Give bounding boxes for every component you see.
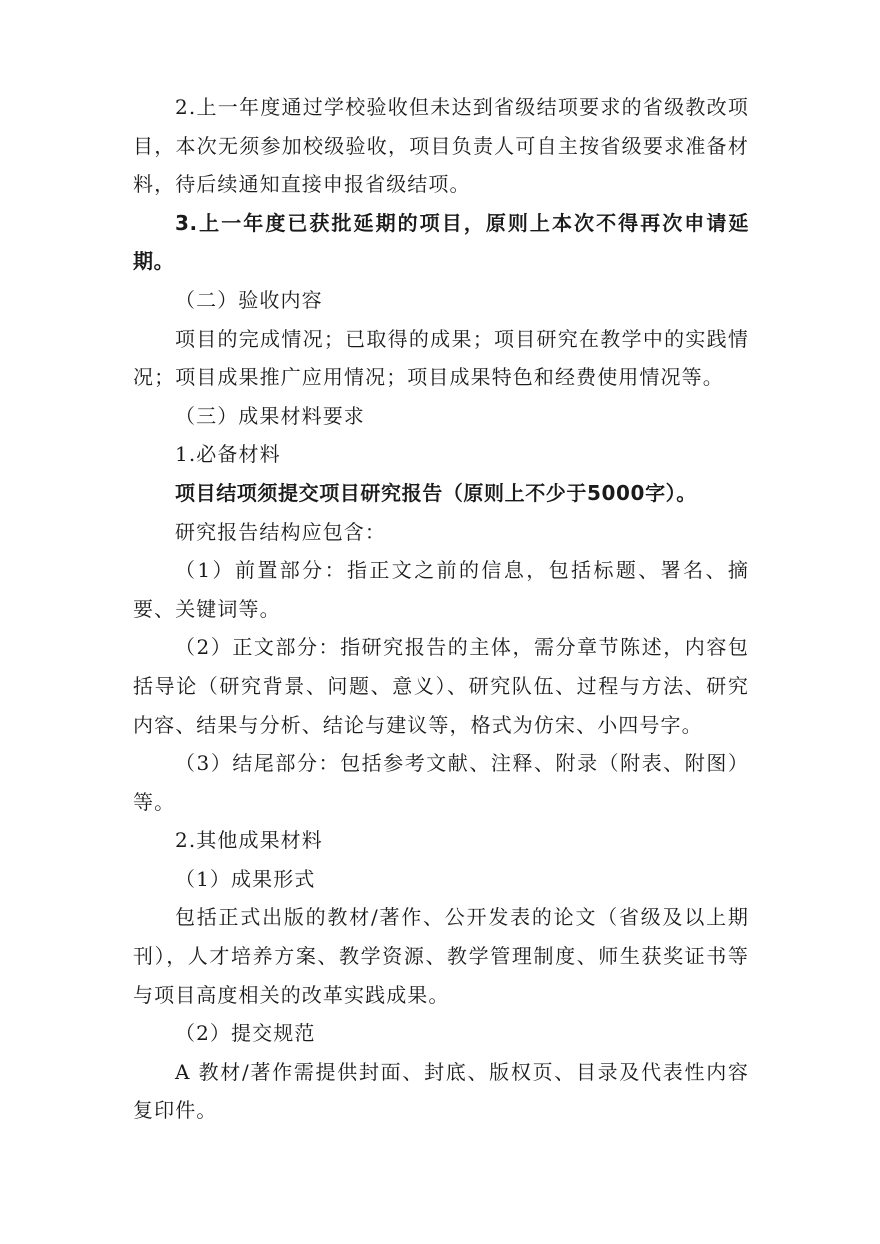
paragraph-textbook-submission: A 教材/著作需提供封面、封底、版权页、目录及代表性内容复印件。 bbox=[133, 1053, 749, 1130]
paragraph-main-body: （2）正文部分：指研究报告的主体，需分章节陈述，内容包括导论（研究背景、问题、意… bbox=[133, 628, 749, 744]
paragraph-acceptance-content: 项目的完成情况；已取得的成果；项目研究在教学中的实践情况；项目成果推广应用情况；… bbox=[133, 320, 749, 397]
subheading-other-materials: 2.其他成果材料 bbox=[133, 821, 749, 860]
section-heading-acceptance-content: （二）验收内容 bbox=[133, 281, 749, 320]
paragraph-extension-rule: 3.上一年度已获批延期的项目，原则上本次不得再次申请延期。 bbox=[133, 204, 749, 281]
paragraph-research-report-requirement: 项目结项须提交项目研究报告（原则上不少于5000字）。 bbox=[133, 474, 749, 513]
section-heading-material-requirements: （三）成果材料要求 bbox=[133, 397, 749, 436]
paragraph-result-forms: 包括正式出版的教材/著作、公开发表的论文（省级及以上期刊），人才培养方案、教学资… bbox=[133, 898, 749, 1014]
paragraph-provincial-project-note: 2.上一年度通过学校验收但未达到省级结项要求的省级教改项目，本次无须参加校级验收… bbox=[133, 88, 749, 204]
document-page: 2.上一年度通过学校验收但未达到省级结项要求的省级教改项目，本次无须参加校级验收… bbox=[133, 88, 749, 1130]
subheading-submission-rules: （2）提交规范 bbox=[133, 1014, 749, 1053]
paragraph-report-structure-intro: 研究报告结构应包含： bbox=[133, 513, 749, 552]
paragraph-end-matter: （3）结尾部分：包括参考文献、注释、附录（附表、附图）等。 bbox=[133, 744, 749, 821]
paragraph-front-matter: （1）前置部分：指正文之前的信息，包括标题、署名、摘要、关键词等。 bbox=[133, 551, 749, 628]
subheading-result-forms: （1）成果形式 bbox=[133, 860, 749, 899]
subheading-required-materials: 1.必备材料 bbox=[133, 435, 749, 474]
